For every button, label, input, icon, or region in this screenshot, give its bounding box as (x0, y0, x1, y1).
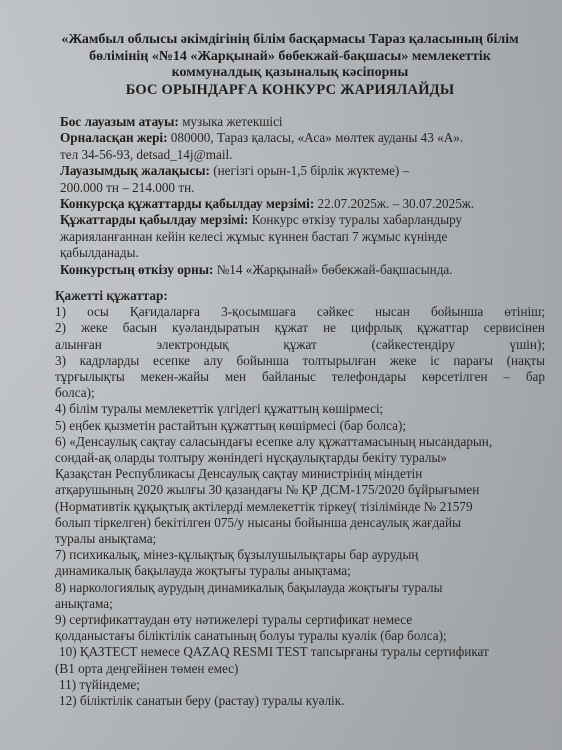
salary-range: 200.000 тн – 214.000 тн. (60, 180, 540, 196)
document-line: 8) наркологиялық аурудың динамикалық бақ… (55, 580, 545, 596)
salary-value: (негізгі орын-1,5 бірлік жүктеме) – (210, 163, 409, 178)
acceptance-line-3: қабылданады. (60, 245, 540, 261)
document-line: туралы анықтама; (55, 531, 545, 547)
salary-label: Лауазымдық жалақысы: (60, 163, 210, 178)
salary-row: Лауазымдық жалақысы: (негізгі орын-1,5 б… (60, 163, 540, 179)
vacancy-info: Бос лауазым атауы: музыка жетекшісі Орна… (60, 114, 540, 278)
document-line: 10) ҚАЗТЕСТ немесе QAZAQ RESMI TEST тапс… (55, 644, 545, 660)
acceptance-row: Құжаттарды қабылдау мерзімі: Конкурс өтк… (60, 212, 540, 228)
deadline-row: Конкурсқа құжаттарды қабылдау мерзімі: 2… (60, 196, 540, 212)
documents-heading: Қажетті құжаттар: (55, 288, 545, 304)
document-line: (Нормативтік құқықтық актілерді мемлекет… (55, 499, 545, 515)
announcement-title: БОС ОРЫНДАРҒА КОНКУРС ЖАРИЯЛАЙДЫ (40, 82, 540, 99)
header-line-2: бөлімінің «№14 «Жарқынай» бөбекжай-бақша… (40, 49, 540, 66)
contact-row: тел 34-56-93, detsad_14j@mail. (60, 147, 540, 163)
venue-value: №14 «Жарқынай» бөбекжай-бақшасында. (213, 262, 452, 277)
venue-row: Конкурстың өткізу орны: №14 «Жарқынай» б… (60, 262, 540, 278)
location-label: Орналасқан жері: (60, 130, 167, 145)
document-line: 7) психикалық, мінез-құлықтық бұзылушылы… (55, 547, 545, 563)
document-line: 2) жеке басын куәландыратын құжат не циф… (55, 320, 545, 336)
document-line: 12) біліктілік санатын беру (растау) тур… (55, 693, 545, 709)
position-value: музыка жетекшісі (179, 114, 283, 129)
document-line: атқарушының 2020 жылғы 30 қазандағы № ҚР… (55, 482, 545, 498)
document-photo: «Жамбыл облысы әкімдігінің білім басқарм… (0, 0, 562, 750)
document-line: Қазақстан Республикасы Денсаулық сақтау … (55, 466, 545, 482)
document-line: 1) осы Қағидаларға 3-қосымшаға сәйкес ны… (55, 304, 545, 320)
required-documents: Қажетті құжаттар: 1) осы Қағидаларға 3-қ… (55, 288, 545, 709)
document-line: 5) еңбек қызметін растайтын құжаттың көш… (55, 418, 545, 434)
document-line: 6) «Денсаулық сақтау саласындағы есепке … (55, 434, 545, 450)
document-line: 4) білім туралы мемлекеттік үлгідегі құж… (55, 401, 545, 417)
venue-label: Конкурстың өткізу орны: (60, 262, 213, 277)
header-line-3: коммуналдық қазыналық кәсіпорны (40, 65, 540, 82)
acceptance-label: Құжаттарды қабылдау мерзімі: (60, 212, 248, 227)
document-line: динамикалық бақылауда жоқтығы туралы аны… (55, 563, 545, 579)
document-line: тұрғылықты мекен-жайы мен байланыс телеф… (55, 369, 545, 385)
location-value: 080000, Тараз қаласы, «Аса» мөлтек аудан… (167, 130, 463, 145)
header-line-1: «Жамбыл облысы әкімдігінің білім басқарм… (40, 32, 540, 49)
document-line: 3) кадрларды есепке алу бойынша толтырыл… (55, 353, 545, 369)
document-line: 9) сертификаттаудан өту нәтижелері турал… (55, 612, 545, 628)
document-line: анықтама; (55, 596, 545, 612)
acceptance-value: Конкурс өткізу туралы хабарландыру (248, 212, 462, 227)
document-line: болып тіркелген) бекітілген 075/у нысаны… (55, 515, 545, 531)
document-line: (В1 орта деңгейінен төмен емес) (55, 661, 545, 677)
acceptance-line-2: жарияланғаннан кейін келесі жұмыс күннен… (60, 229, 540, 245)
document-line: қолданыстағы біліктілік санатының болуы … (55, 628, 545, 644)
document-header: «Жамбыл облысы әкімдігінің білім басқарм… (40, 32, 540, 98)
deadline-label: Конкурсқа құжаттарды қабылдау мерзімі: (60, 196, 314, 211)
location-row: Орналасқан жері: 080000, Тараз қаласы, «… (60, 130, 540, 146)
document-line: алынған электрондық құжат (сәйкестендіру… (55, 337, 545, 353)
position-label: Бос лауазым атауы: (60, 114, 179, 129)
document-line: болса); (55, 385, 545, 401)
position-row: Бос лауазым атауы: музыка жетекшісі (60, 114, 540, 130)
document-line: сондай-ақ оларды толтыру жөніндегі нұсқа… (55, 450, 545, 466)
deadline-value: 22.07.2025ж. – 30.07.2025ж. (314, 196, 474, 211)
document-line: 11) түйіндеме; (55, 677, 545, 693)
